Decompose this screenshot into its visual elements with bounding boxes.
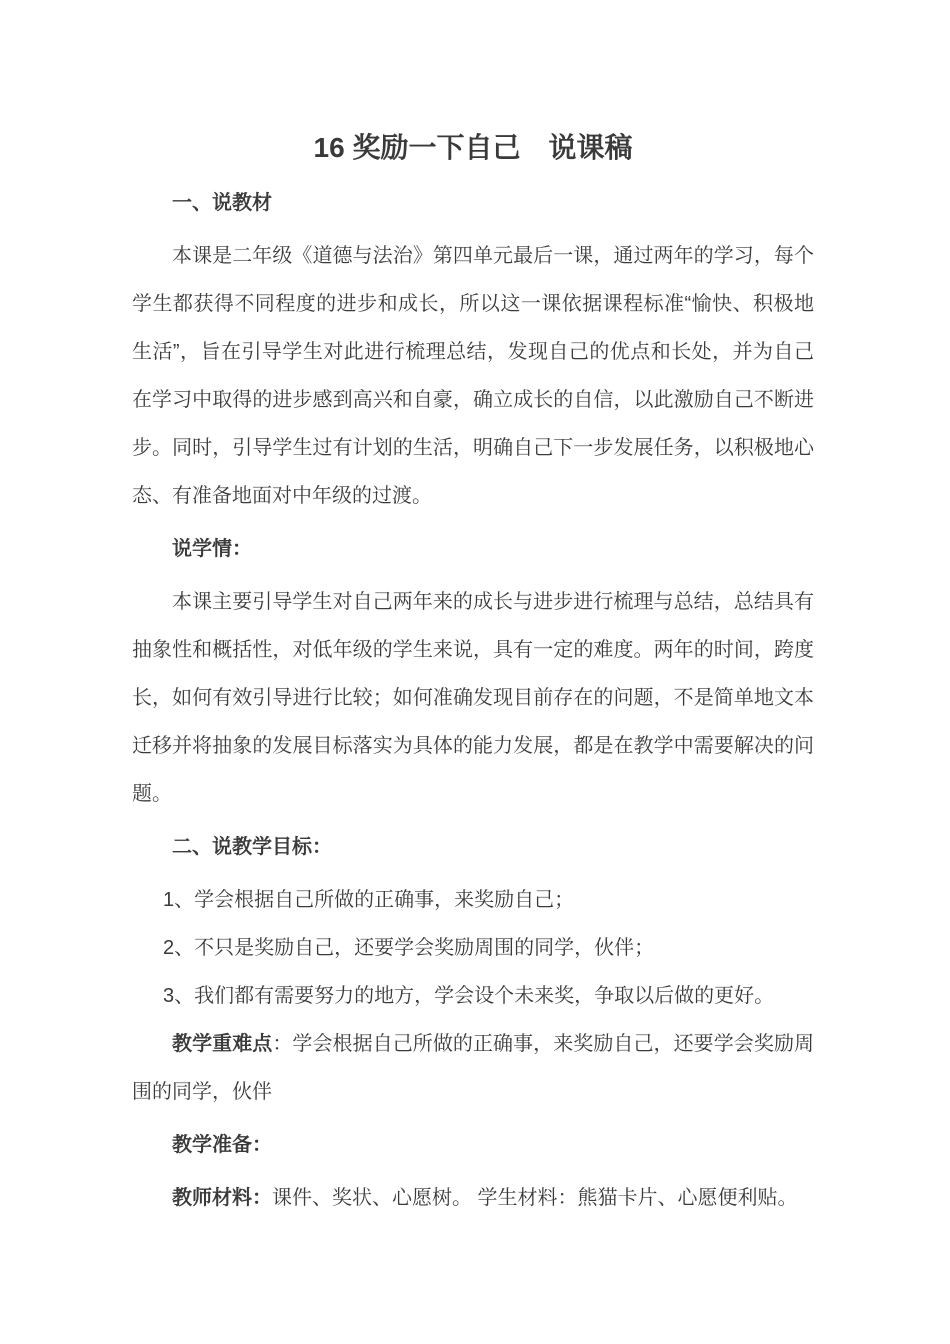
section-heading-teaching-objectives: 二、说教学目标：	[132, 823, 814, 871]
paragraph-key-points: 教学重难点：学会根据自己所做的正确事，来奖励自己，还要学会奖励周围的同学，伙伴	[132, 1020, 814, 1116]
document-title: 16 奖励一下自己 说课稿	[132, 128, 814, 168]
objective-item-2: 2、不只是奖励自己，还要学会奖励周围的同学，伙伴；	[132, 924, 814, 972]
objective-item-3: 3、我们都有需要努力的地方，学会设个未来奖，争取以后做的更好。	[132, 972, 814, 1020]
section-heading-teaching-material: 一、说教材	[132, 179, 814, 227]
paragraph-teaching-material: 本课是二年级《道德与法治》第四单元最后一课，通过两年的学习，每个学生都获得不同程…	[132, 232, 814, 520]
objective-item-1: 1、学会根据自己所做的正确事，来奖励自己；	[132, 876, 814, 924]
paragraph-materials: 教师材料：课件、奖状、心愿树。 学生材料：熊猫卡片、心愿便利贴。	[132, 1174, 814, 1222]
key-points-label: 教学重难点	[172, 1033, 272, 1055]
section-heading-preparation: 教学准备：	[132, 1121, 814, 1169]
materials-label: 教师材料：	[172, 1187, 272, 1209]
document-page: 16 奖励一下自己 说课稿 一、说教材 本课是二年级《道德与法治》第四单元最后一…	[132, 0, 814, 1222]
paragraph-learner-analysis: 本课主要引导学生对自己两年来的成长与进步进行梳理与总结，总结具有抽象性和概括性，…	[132, 578, 814, 818]
section-heading-learner-analysis: 说学情：	[132, 525, 814, 573]
materials-text: 课件、奖状、心愿树。 学生材料：熊猫卡片、心愿便利贴。	[272, 1187, 798, 1209]
